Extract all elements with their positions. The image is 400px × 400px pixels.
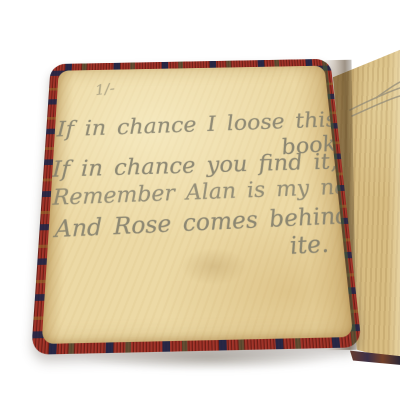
price-mark: 1/- [94, 81, 115, 97]
notebook: 1/- If in chance I loose this book. If i… [31, 59, 362, 355]
photo: 1/- If in chance I loose this book. If i… [0, 0, 400, 400]
left-page: 1/- If in chance I loose this book. If i… [42, 66, 354, 344]
handwriting-word-ite: ite. [289, 233, 330, 259]
pencil-scribble [346, 72, 400, 127]
